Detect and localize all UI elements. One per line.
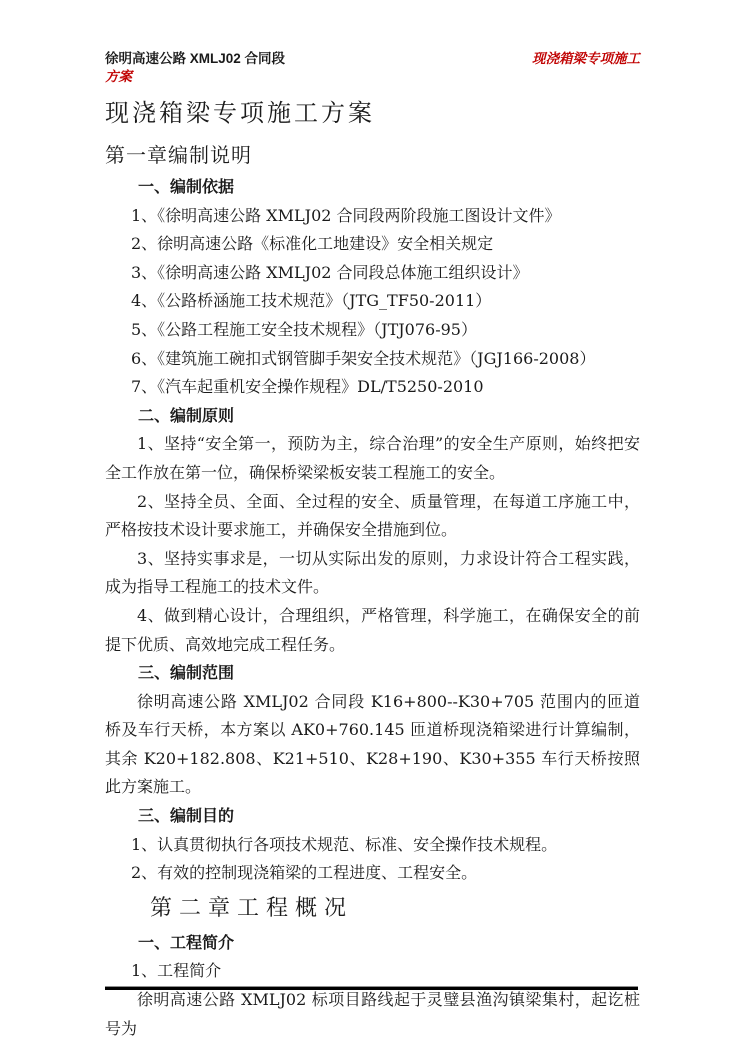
header-right-text: 现浇箱梁专项施工 xyxy=(532,50,640,68)
section-purpose-heading: 三、编制目的 xyxy=(105,802,640,831)
principle-paragraph: 1、坚持“安全第一，预防为主，综合治理”的安全生产原则，始终把安全工作放在第一位… xyxy=(105,430,640,487)
section-intro-heading: 一、工程简介 xyxy=(105,929,640,958)
section-basis-heading: 一、编制依据 xyxy=(105,173,640,202)
chapter-1-heading: 第一章编制说明 xyxy=(105,137,640,173)
principle-paragraph: 3、坚持实事求是，一切从实际出发的原则，力求设计符合工程实践，成为指导工程施工的… xyxy=(105,545,640,602)
chapter-2-heading: 第二章工程概况 xyxy=(150,888,640,929)
basis-item: 4、《公路桥涵施工技术规范》（JTG_TF50-2011） xyxy=(105,287,640,316)
principle-paragraph: 4、做到精心设计，合理组织，严格管理，科学施工，在确保安全的前提下优质、高效地完… xyxy=(105,602,640,659)
document-page: 徐明高速公路 XMLJ02 合同段 现浇箱梁专项施工 方案 现浇箱梁专项施工方案… xyxy=(0,0,744,1052)
basis-item: 3、《徐明高速公路 XMLJ02 合同段总体施工组织设计》 xyxy=(105,259,640,288)
purpose-item: 1、认真贯彻执行各项技术规范、标准、安全操作技术规程。 xyxy=(105,831,640,860)
section-scope-heading: 三、编制范围 xyxy=(105,659,640,688)
intro-paragraph: 徐明高速公路 XMLJ02 标项目路线起于灵璧县渔沟镇梁集村，起讫桩号为 xyxy=(105,986,640,1043)
header-wrap-text: 方案 xyxy=(105,68,640,86)
basis-item: 1、《徐明高速公路 XMLJ02 合同段两阶段施工图设计文件》 xyxy=(105,202,640,231)
principle-paragraph: 2、坚持全员、全面、全过程的安全、质量管理，在每道工序施工中，严格按技术设计要求… xyxy=(105,488,640,545)
basis-item: 5、《公路工程施工安全技术规程》（JTJ076-95） xyxy=(105,316,640,345)
footer-divider xyxy=(105,986,638,990)
document-title: 现浇箱梁专项施工方案 xyxy=(105,96,640,130)
scope-paragraph: 徐明高速公路 XMLJ02 合同段 K16+800--K30+705 范围内的匝… xyxy=(105,688,640,802)
intro-sub-item: 1、工程简介 xyxy=(105,957,640,986)
document-body: 一、编制依据 1、《徐明高速公路 XMLJ02 合同段两阶段施工图设计文件》 2… xyxy=(105,173,640,1043)
basis-item: 6、《建筑施工碗扣式钢管脚手架安全技术规范》（JGJ166-2008） xyxy=(105,345,640,374)
basis-item: 7、《汽车起重机安全操作规程》DL/T5250-2010 xyxy=(105,373,640,402)
section-principles-heading: 二、编制原则 xyxy=(105,402,640,431)
purpose-item: 2、有效的控制现浇箱梁的工程进度、工程安全。 xyxy=(105,859,640,888)
page-header: 徐明高速公路 XMLJ02 合同段 现浇箱梁专项施工 方案 xyxy=(105,50,640,86)
basis-item: 2、徐明高速公路《标准化工地建设》安全相关规定 xyxy=(105,230,640,259)
header-left-text: 徐明高速公路 XMLJ02 合同段 xyxy=(105,50,285,68)
